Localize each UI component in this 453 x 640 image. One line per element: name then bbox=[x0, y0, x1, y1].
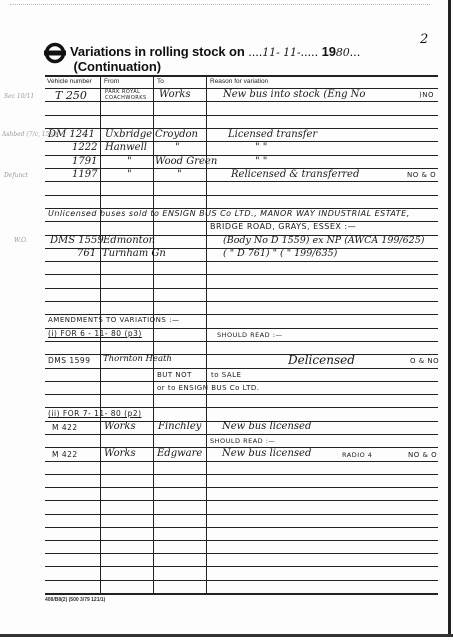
vehicle-number: M 422 bbox=[52, 450, 78, 459]
vehicle-number: 761 bbox=[77, 248, 96, 259]
status-code: O & NO bbox=[410, 357, 439, 365]
from-location: PARK ROYAL COACHWORKS bbox=[105, 89, 155, 101]
amendment-label: (i) FOR 6 - 11- 80 (p3) bbox=[48, 329, 142, 338]
vehicle-number: DMS 1599 bbox=[48, 356, 90, 365]
vehicle-number: DMS 1559 bbox=[50, 235, 104, 246]
form-title: Variations in rolling stock on ....11- 1… bbox=[70, 44, 453, 74]
radio-note: RADIO 4 bbox=[342, 451, 372, 459]
margin-note: Defunct bbox=[4, 172, 28, 179]
from-location: Turnham Gn bbox=[102, 248, 166, 259]
should-read-label: SHOULD READ :— bbox=[210, 437, 275, 445]
margin-note: W.O. bbox=[14, 237, 28, 244]
vehicle-number: T 250 bbox=[55, 89, 87, 102]
from-location: Works bbox=[104, 448, 136, 459]
date-day-month: 11- 11- bbox=[262, 46, 300, 59]
page-edge-border bbox=[448, 0, 451, 635]
reason: " " bbox=[255, 156, 267, 167]
page-edge-border-bottom bbox=[0, 634, 453, 637]
note: BUT NOT bbox=[157, 371, 192, 379]
from-location: Uxbridge bbox=[105, 129, 152, 140]
vehicle-number: 1791 bbox=[72, 156, 97, 167]
column-header-to: To bbox=[157, 78, 164, 85]
from-location: Hanwell bbox=[105, 142, 147, 153]
vehicle-number: 1222 bbox=[72, 142, 97, 153]
from-location: Works bbox=[104, 421, 136, 432]
reason: Relicensed & transferred bbox=[231, 169, 359, 180]
vehicle-number: 1197 bbox=[72, 169, 97, 180]
reason: Delicensed bbox=[288, 353, 355, 367]
from-location: Thornton Heath bbox=[103, 354, 172, 364]
amendment-label: (ii) FOR 7- 11- 80 (p2) bbox=[48, 409, 142, 418]
from-location: Edmonton bbox=[103, 235, 155, 246]
form-reference: 408/B8(2) (500 3/79 121/1) bbox=[45, 597, 105, 603]
reason: " " bbox=[255, 142, 267, 153]
reason: (Body No D 1559) ex NP (AWCA 199/625) bbox=[223, 235, 424, 246]
from-location: " bbox=[127, 169, 132, 180]
date-year: 80 bbox=[336, 46, 350, 59]
note: to SALE bbox=[211, 371, 241, 379]
london-transport-roundel-icon bbox=[44, 42, 66, 64]
to-location: Wood Green bbox=[155, 156, 217, 167]
variations-table: Vehicle number From To Reason for variat… bbox=[45, 75, 438, 595]
status-code: )NO bbox=[419, 91, 434, 99]
reason: New bus licensed bbox=[222, 448, 311, 459]
status-code: NO & O bbox=[407, 171, 436, 179]
to-location: Works bbox=[159, 89, 191, 100]
to-location: Croydon bbox=[155, 129, 198, 140]
vehicle-number: DM 1241 bbox=[48, 129, 95, 140]
should-read-label: SHOULD READ :— bbox=[217, 331, 282, 339]
amendments-heading: AMENDMENTS TO VARIATIONS :— bbox=[48, 316, 179, 324]
continuation-label: (Continuation) bbox=[74, 59, 161, 74]
note: or to ENSIGN BUS Co LTD. bbox=[157, 384, 260, 392]
to-location: " bbox=[177, 169, 182, 180]
column-header-vehicle-number: Vehicle number bbox=[47, 78, 92, 85]
page-number: 2 bbox=[420, 32, 428, 47]
vehicle-number: M 422 bbox=[52, 423, 78, 432]
from-location: " bbox=[127, 156, 132, 167]
status-code: NO & O bbox=[408, 451, 437, 459]
to-location: " bbox=[175, 142, 180, 153]
to-location: Edgware bbox=[157, 448, 202, 459]
reason: ( " D 761) " ( " 199/635) bbox=[223, 248, 337, 259]
sale-note: Unlicensed buses sold to ENSIGN BUS Co L… bbox=[48, 209, 410, 219]
margin-note: Sec 10/11 bbox=[4, 93, 34, 100]
reason: New bus into stock (Eng No bbox=[223, 89, 365, 100]
column-header-from: From bbox=[104, 78, 119, 85]
to-location: Finchley bbox=[158, 421, 201, 432]
reason: New bus licensed bbox=[222, 421, 311, 432]
sale-note-address: BRIDGE ROAD, GRAYS, ESSEX :— bbox=[210, 222, 356, 231]
scan-artifact bbox=[10, 4, 430, 8]
column-header-reason: Reason for variation bbox=[210, 78, 268, 85]
reason: Licensed transfer bbox=[228, 129, 317, 140]
